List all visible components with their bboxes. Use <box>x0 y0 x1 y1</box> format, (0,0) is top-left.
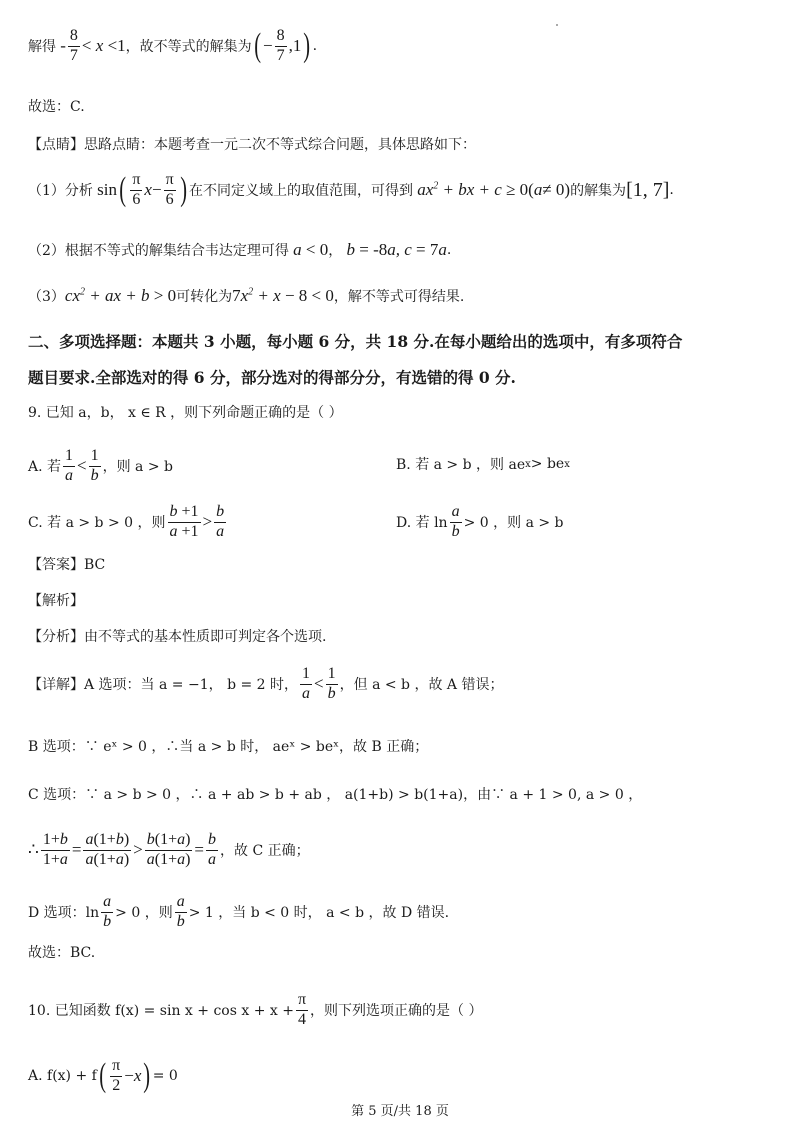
section-2-header-line1: 二、多项选择题：本题共 3 小题，每小题 6 分，共 18 分.在每小题给出的选… <box>28 330 682 352</box>
q9-option-d: D. 若 ln ab > 0 ，则 a > b <box>396 504 564 541</box>
fraction-8-7: 87 <box>68 28 80 65</box>
q10-stem: 10. 已知函数 f(x) = sin x + cos x + x + π4 ，… <box>28 992 483 1029</box>
prev-solution-line: 解得 - 87 < x <1 ，故不等式的解集为 (− 87 ,1) . <box>28 28 317 65</box>
choose-c: 故选：C. <box>28 96 85 116</box>
q9-option-c: C. 若 a > b > 0 ，则 b +1a +1> ba <box>28 504 228 541</box>
dianjing-step2: （2）根据不等式的解集结合韦达定理可得 a < 0 ， b = -8a, c =… <box>28 240 451 260</box>
dianjing-step1: （1）分析 sin( π6x− π6) 在不同定义域上的取值范围，可得到 ax2… <box>28 172 674 209</box>
q9-choose: 故选：BC. <box>28 942 95 962</box>
q9-stem: 9. 已知 a，b， x ∈ R ，则下列命题正确的是（ ） <box>28 402 343 422</box>
solution-prefix: 解得 <box>28 36 56 56</box>
dianjing-intro: 【点睛】 思路点睛：本题考查一元二次不等式综合问题，具体思路如下： <box>28 134 476 154</box>
q9-answer: 【答案】BC <box>28 554 105 574</box>
dianjing-step3: （3） cx2 + ax + b > 0 可转化为 7x2 + x − 8 < … <box>28 286 464 306</box>
page-footer: 第 5 页/共 18 页 <box>0 1100 800 1119</box>
scan-speck <box>556 24 558 26</box>
section-2-header-line2: 题目要求.全部选对的得 6 分，部分选对的得部分分，有选错的得 0 分. <box>28 366 516 388</box>
q9-detail-c2: ∴ 1+b1+a= a(1+b)a(1+a)> b(1+a)a(1+a)= ba… <box>28 832 310 869</box>
q9-detail-a: 【详解】 A 选项：当 a = −1， b = 2 时， 1a< 1b ，但 a… <box>28 666 503 703</box>
q9-detail-d: D 选项：ln ab > 0 ，则 ab > 1 ，当 b < 0 时， a <… <box>28 894 449 931</box>
q9-option-a: A. 若 1a< 1b ，则 a > b <box>28 448 173 485</box>
solution-mid: ，故不等式的解集为 <box>126 36 252 56</box>
q9-detail-b: B 选项：∵ eˣ > 0 ，∴当 a > b 时， aeˣ > beˣ，故 B… <box>28 736 428 756</box>
q9-option-b: B. 若 a > b ，则 aex > bex <box>396 454 570 474</box>
q9-jiexi: 【解析】 <box>28 590 84 610</box>
q9-fenxi: 【分析】 由不等式的基本性质即可判定各个选项. <box>28 626 326 646</box>
q10-option-a: A. f(x) + f ( π2−x ) = 0 <box>28 1058 178 1095</box>
q9-detail-c: C 选项：∵ a > b > 0 ，∴ a + ab > b + ab ， a(… <box>28 784 642 804</box>
